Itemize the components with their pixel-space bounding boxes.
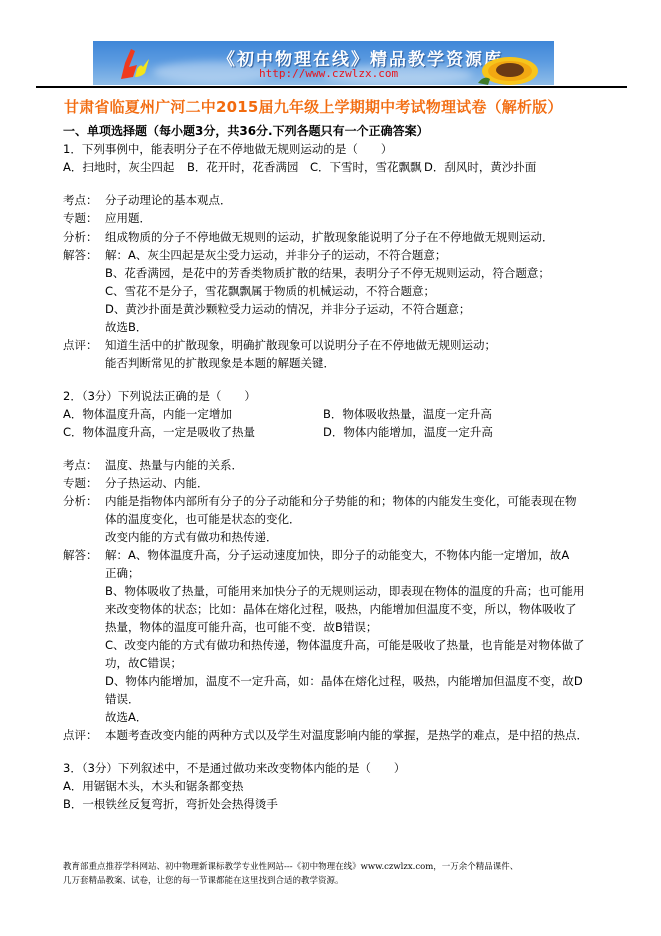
- footer-line: 教育部重点推荐学科网站、初中物理新课标教学专业性网站---《初中物理在线》www…: [63, 860, 518, 872]
- sunflower-icon: [478, 49, 538, 85]
- q1-kaodian: 分子动理论的基本观点．: [105, 193, 232, 207]
- jieda-label: 解答：: [63, 247, 105, 263]
- q1-answer: 故选B．: [105, 319, 147, 335]
- question-1-option-b: B．花开时，花香满园: [187, 159, 298, 175]
- question-2-option-c: C．物体温度升高，一定是吸收了热量: [63, 424, 255, 440]
- q1-kaodian-row: 考点：分子动理论的基本观点．: [63, 192, 232, 208]
- kaodian-label: 考点：: [63, 457, 105, 473]
- q2-fenxi-line: 改变内能的方式有做功和热传递．: [105, 529, 278, 545]
- q2-jieda-line: 错误．: [105, 691, 140, 707]
- dianping-label: 点评：: [63, 727, 105, 743]
- q1-jieda-row: 解答：解：A、灰尘四起是灰尘受力运动，并非分子的运动，不符合题意；: [63, 247, 446, 263]
- question-2-option-a: A．物体温度升高，内能一定增加: [63, 406, 232, 422]
- q1-jieda-line: C、雪花不是分子，雪花飘飘属于物质的机械运动，不符合题意；: [105, 283, 435, 299]
- question-2-stem: 2．（3分）下列说法正确的是（ ）: [63, 388, 256, 404]
- q2-jieda-line: B、物体吸收了热量，可能用来加快分子的无规则运动，即表现在物体的温度的升高；也可…: [105, 583, 584, 599]
- kaodian-label: 考点：: [63, 192, 105, 208]
- q2-jieda-line: 来改变物体的状态；比如：晶体在熔化过程，吸热，内能增加但温度不变，所以，物体吸收…: [105, 601, 577, 617]
- question-1-option-d: D．刮风时，黄沙扑面: [424, 159, 536, 175]
- section-heading: 一、单项选择题（每小题3分，共36分.下列各题只有一个正确答案）: [63, 123, 429, 139]
- q2-answer: 故选A．: [105, 709, 147, 725]
- fenxi-label: 分析：: [63, 229, 105, 245]
- q1-zhuanti: 应用题．: [105, 211, 151, 225]
- q1-fenxi-row: 分析：组成物质的分子不停地做无规则的运动，扩散现象能说明了分子在不停地做无规则运…: [63, 229, 554, 245]
- question-3-stem: 3．（3分）下列叙述中，不是通过做功来改变物体内能的是（ ）: [63, 760, 405, 776]
- q2-zhuanti-row: 专题：分子热运动、内能．: [63, 475, 209, 491]
- q2-jieda-row: 解答：解：A、物体温度升高，分子运动速度加快，即分子的动能变大，不物体内能一定增…: [63, 547, 569, 563]
- q1-jieda-line: D、黄沙扑面是黄沙颗粒受力运动的情况，并非分子运动，不符合题意；: [105, 301, 470, 317]
- q2-fenxi-line: 体的温度变化，也可能是状态的变化．: [105, 511, 301, 527]
- q2-zhuanti: 分子热运动、内能．: [105, 476, 209, 490]
- q1-fenxi-line: 组成物质的分子不停地做无规则的运动，扩散现象能说明了分子在不停地做无规则运动．: [105, 230, 554, 244]
- question-3-option-b: B．一根铁丝反复弯折，弯折处会热得烫手: [63, 796, 278, 812]
- q1-dianping-line: 能否判断常见的扩散现象是本题的解题关键．: [105, 355, 335, 371]
- q2-dianping-row: 点评：本题考查改变内能的两种方式以及学生对温度影响内能的掌握，是热学的难点，是中…: [63, 727, 588, 743]
- question-2-option-d: D．物体内能增加，温度一定升高: [323, 424, 493, 440]
- q2-jieda-line: 解：A、物体温度升高，分子运动速度加快，即分子的动能变大，不物体内能一定增加，故…: [105, 548, 569, 562]
- question-3-option-a: A．用锯锯木头，木头和锯条都变热: [63, 778, 243, 794]
- q2-jieda-line: 功，故C错误；: [105, 655, 182, 671]
- header-divider: [36, 86, 627, 88]
- site-logo-icon: [117, 47, 157, 81]
- jieda-label: 解答：: [63, 547, 105, 563]
- q1-dianping-row: 点评：知道生活中的扩散现象，明确扩散现象可以说明分子在不停地做无规则运动；: [63, 337, 496, 353]
- question-1-option-c: C．下雪时，雪花飘飘: [310, 159, 422, 175]
- header-banner: 《初中物理在线》精品教学资源库 http://www.czwlzx.com: [93, 41, 554, 85]
- q1-jieda-line: B、花香满园，是花中的芳香类物质扩散的结果，表明分子不停无规则运动，符合题意；: [105, 265, 550, 281]
- q2-jieda-line: C、改变内能的方式有做功和热传递，物体温度升高，可能是吸收了热量，也肯能是对物体…: [105, 637, 585, 653]
- zhuanti-label: 专题：: [63, 210, 105, 226]
- fenxi-label: 分析：: [63, 493, 105, 509]
- zhuanti-label: 专题：: [63, 475, 105, 491]
- q2-kaodian: 温度、热量与内能的关系．: [105, 458, 243, 472]
- q2-fenxi-line: 内能是指物体内部所有分子的分子动能和分子势能的和；物体的内能发生变化，可能表现在…: [105, 494, 577, 508]
- document-title: 甘肃省临夏州广河二中2015届九年级上学期期中考试物理试卷（解析版）: [64, 96, 563, 117]
- q2-jieda-line: 热量，物体的温度可能升高，也可能不变．故B错误；: [105, 619, 377, 635]
- q2-jieda-line: 正确；: [105, 565, 140, 581]
- q2-jieda-line: D、物体内能增加，温度不一定升高，如：晶体在熔化过程，吸热，内能增加但温度不变，…: [105, 673, 583, 689]
- q1-jieda-line: 解：A、灰尘四起是灰尘受力运动，并非分子的运动，不符合题意；: [105, 248, 446, 262]
- q2-fenxi-row: 分析：内能是指物体内部所有分子的分子动能和分子势能的和；物体的内能发生变化，可能…: [63, 493, 577, 509]
- question-1-option-a: A．扫地时，灰尘四起: [63, 159, 174, 175]
- dianping-label: 点评：: [63, 337, 105, 353]
- question-1-stem: 1．下列事例中，能表明分子在不停地做无规则运动的是（ ）: [63, 141, 392, 157]
- q1-dianping-line: 知道生活中的扩散现象，明确扩散现象可以说明分子在不停地做无规则运动；: [105, 338, 496, 352]
- question-2-option-b: B．物体吸收热量，温度一定升高: [323, 406, 492, 422]
- banner-url: http://www.czwlzx.com: [259, 67, 398, 80]
- q2-dianping-line: 本题考查改变内能的两种方式以及学生对温度影响内能的掌握，是热学的难点，是中招的热…: [105, 728, 588, 742]
- q1-zhuanti-row: 专题：应用题．: [63, 210, 151, 226]
- q2-kaodian-row: 考点：温度、热量与内能的关系．: [63, 457, 243, 473]
- footer-line: 几万套精品教案、试卷，让您的每一节课都能在这里找到合适的教学资源。: [63, 874, 344, 886]
